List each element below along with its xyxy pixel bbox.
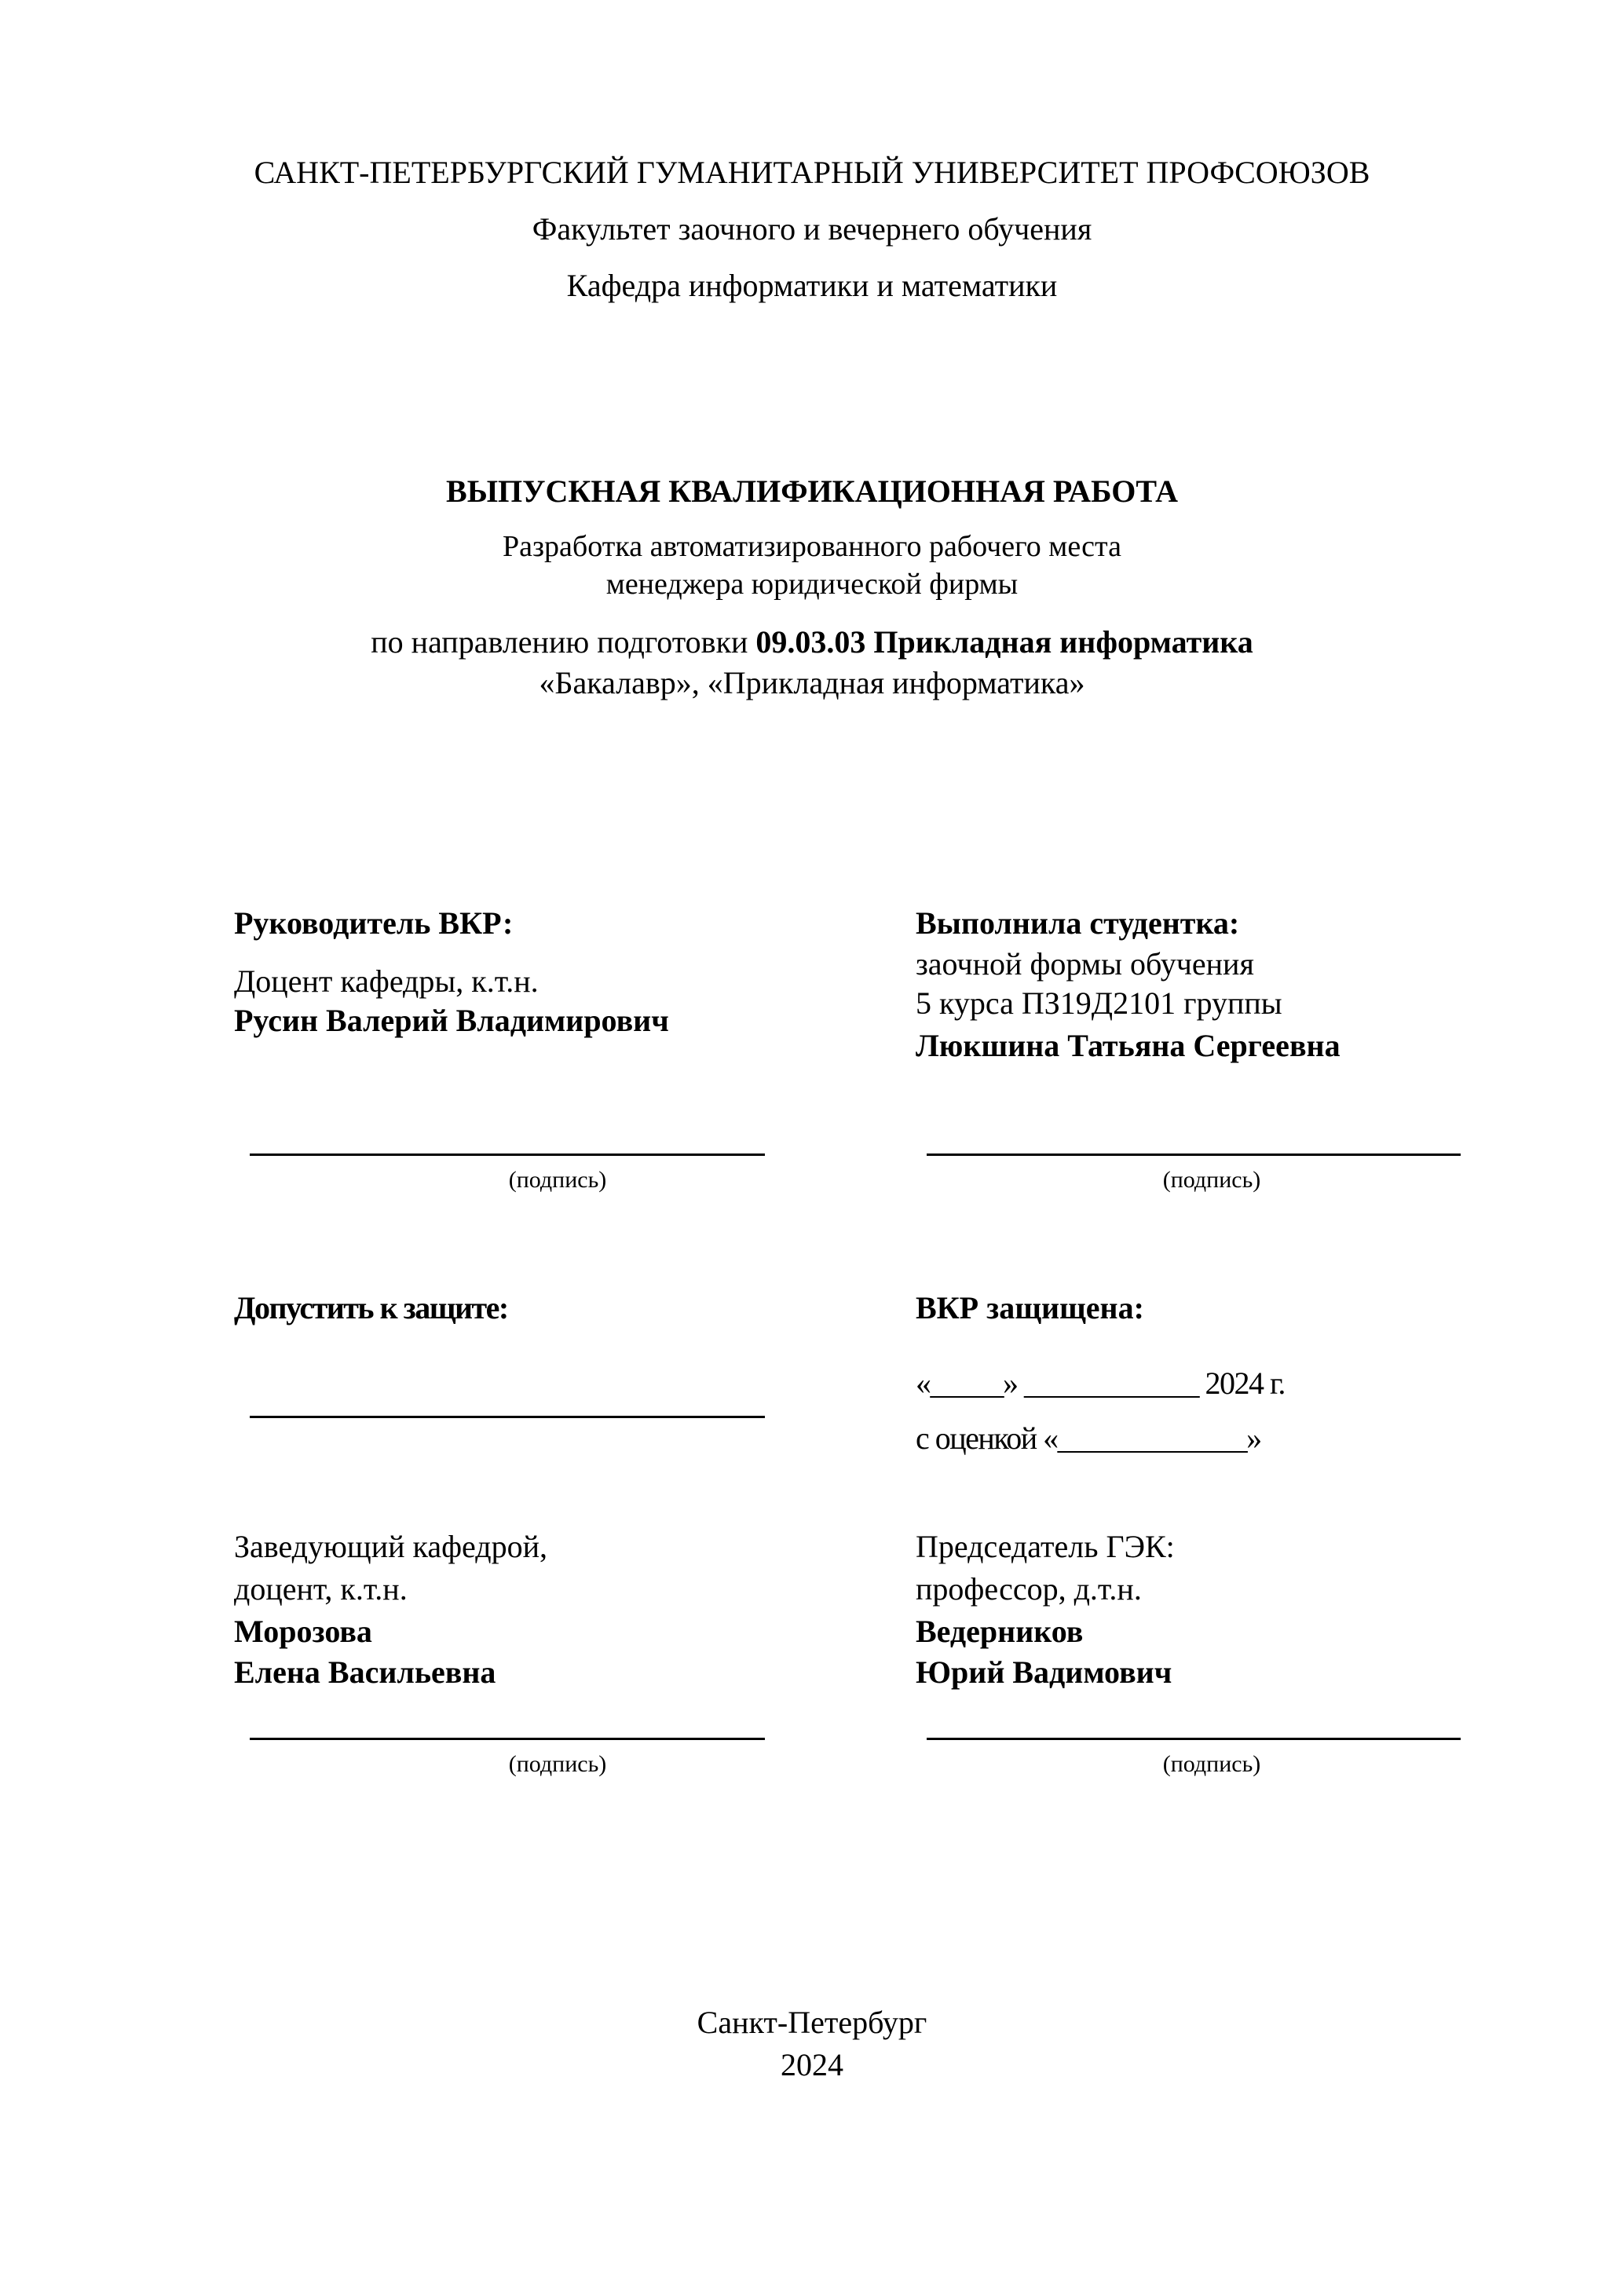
defense-grade-line: с оценкой «_____________» (916, 1420, 1261, 1457)
year: 2024 (0, 2046, 1624, 2083)
student-label: Выполнила студентка: (916, 905, 1239, 941)
gek-chair-signature-line (927, 1738, 1461, 1740)
direction-prefix: по направлению подготовки (371, 624, 755, 660)
student-study-form: заочной формы обучения (916, 945, 1254, 982)
city: Санкт-Петербург (0, 2004, 1624, 2041)
qualification: «Бакалавр», «Прикладная информатика» (0, 664, 1624, 701)
gek-chair-signature-caption: (подпись) (927, 1751, 1497, 1778)
supervisor-signature-line (250, 1153, 765, 1156)
supervisor-signature-caption: (подпись) (250, 1167, 865, 1194)
student-name: Люкшина Татьяна Сергеевна (916, 1027, 1341, 1064)
student-course-group: 5 курса ПЗ19Д2101 группы (916, 985, 1282, 1022)
faculty-name: Факультет заочного и вечернего обучения (0, 210, 1624, 247)
gek-chair-role: Председатель ГЭК: (916, 1528, 1175, 1565)
gek-chair-given-names: Юрий Вадимович (916, 1654, 1172, 1691)
direction-code: 09.03.03 Прикладная информатика (755, 624, 1253, 660)
training-direction: по направлению подготовки 09.03.03 Прикл… (0, 623, 1624, 660)
university-name: САНКТ-ПЕТЕРБУРГСКИЙ ГУМАНИТАРНЫЙ УНИВЕРС… (0, 154, 1624, 191)
admission-signature-line (250, 1416, 765, 1418)
head-given-names: Елена Васильевна (234, 1654, 496, 1691)
defense-label: ВКР защищена: (916, 1289, 1144, 1326)
head-signature-line (250, 1738, 765, 1740)
supervisor-position: Доцент кафедры, к.т.н. (234, 963, 539, 1000)
gek-chair-position: профессор, д.т.н. (916, 1570, 1142, 1607)
supervisor-label: Руководитель ВКР: (234, 905, 513, 941)
student-signature-caption: (подпись) (927, 1167, 1497, 1194)
head-role: Заведующий кафедрой, (234, 1528, 547, 1565)
topic-line-2: менеджера юридической фирмы (0, 567, 1624, 601)
admission-label: Допустить к защите: (234, 1289, 508, 1326)
gek-chair-surname: Ведерников (916, 1613, 1083, 1650)
head-signature-caption: (подпись) (250, 1751, 865, 1778)
head-position: доцент, к.т.н. (234, 1570, 408, 1607)
department-name: Кафедра информатики и математики (0, 267, 1624, 304)
student-signature-line (927, 1153, 1461, 1156)
work-type-heading: ВЫПУСКНАЯ КВАЛИФИКАЦИОННАЯ РАБОТА (0, 473, 1624, 510)
defense-date-line: «_____» ____________ 2024 г. (916, 1365, 1285, 1402)
topic-line-1: Разработка автоматизированного рабочего … (0, 529, 1624, 564)
supervisor-name: Русин Валерий Владимирович (234, 1002, 669, 1039)
head-surname: Морозова (234, 1613, 372, 1650)
